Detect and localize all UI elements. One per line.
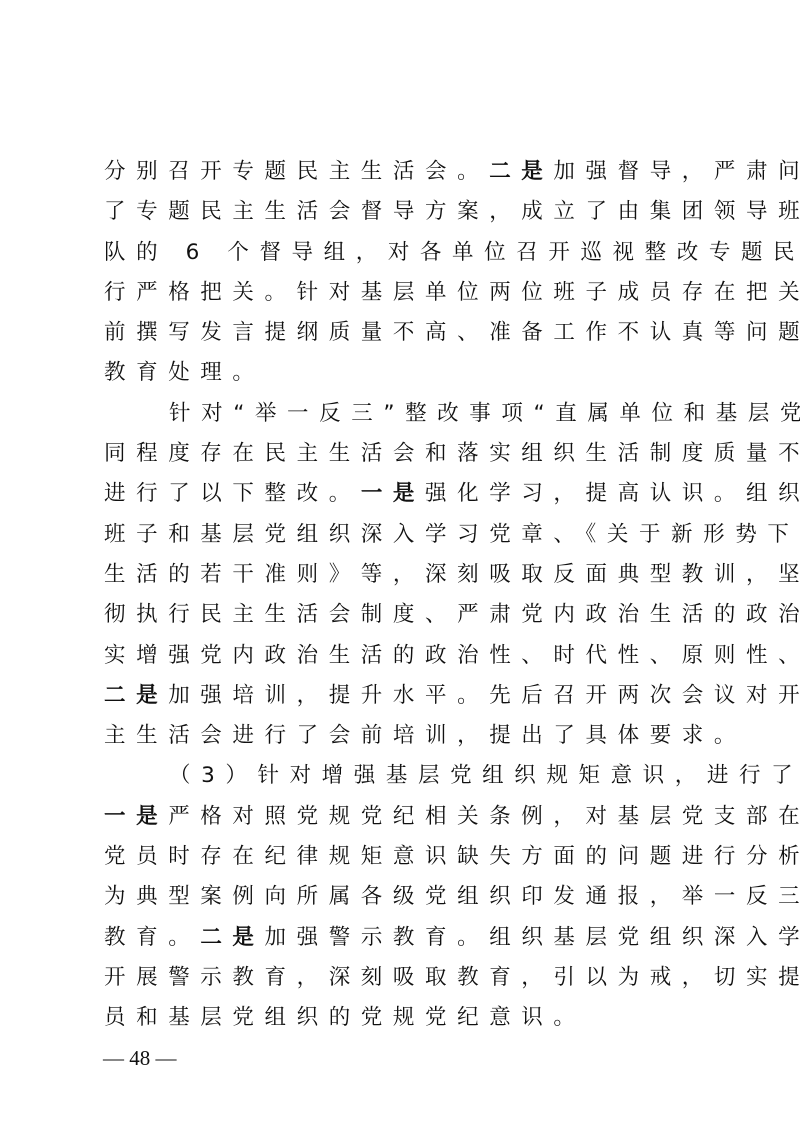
text-run: 强化学习，提高认识。组织各级领导	[425, 481, 800, 506]
text-line: 二是加强培训，提升水平。先后召开两次会议对开好专题民	[104, 676, 696, 716]
text-run: （3）针对增强基层党组织规矩意识，进行了以下整改。	[169, 763, 800, 788]
bold-marker: 二是	[489, 159, 553, 184]
text-line: 党员时存在纪律规矩意识缺失方面的问题进行分析研判，作	[104, 837, 696, 877]
text-line: 一是严格对照党规党纪相关条例，对基层党支部在处理违纪	[104, 797, 696, 837]
bold-marker: 一是	[361, 481, 425, 506]
text-run: 队的 6 个督导组，对各单位召开巡视整改专题民主生活会进	[104, 240, 800, 265]
text-line: 开展警示教育，深刻吸取教育，引以为戒，切实提升广大党	[104, 958, 696, 998]
text-run: 进行了以下整改。	[104, 481, 361, 506]
text-run: 教育。	[104, 925, 200, 950]
text-run: 加强培训，提升水平。先后召开两次会议对开好专题民	[168, 683, 800, 708]
text-run: 了专题民主生活会督导方案，成立了由集团领导班子成员带	[104, 199, 800, 224]
bold-marker: 二是	[200, 925, 264, 950]
text-run: 实增强党内政治生活的政治性、时代性、原则性、战斗性。	[104, 643, 800, 668]
text-line: 实增强党内政治生活的政治性、时代性、原则性、战斗性。	[104, 636, 696, 676]
text-line: 生活的若干准则》等，深刻吸取反面典型教训，坚决扛起贯	[104, 555, 696, 595]
text-run: 分别召开专题民主生活会。	[104, 159, 489, 184]
text-line: 为典型案例向所属各级党组织印发通报，举一反三开展警示	[104, 877, 696, 917]
text-run: 前撰写发言提纲质量不高、准备工作不认真等问题给予批评	[104, 320, 800, 345]
text-line: 主生活会进行了会前培训，提出了具体要求。	[104, 716, 696, 756]
text-line: 了专题民主生活会督导方案，成立了由集团领导班子成员带	[104, 192, 696, 232]
page-number: — 48 —	[103, 1046, 177, 1071]
text-line: 针对“举一反三”整改事项“直属单位和基层党组织不	[104, 394, 696, 434]
text-line: 教育处理。	[104, 353, 696, 393]
text-run: 彻执行民主生活会制度、严肃党内政治生活的政治责任，切	[104, 602, 800, 627]
text-run: 同程度存在民主生活会和落实组织生活制度质量不高问题”，	[104, 441, 800, 466]
bold-marker: 一是	[104, 804, 168, 829]
text-run: 加强督导，严肃问责。制定	[553, 159, 800, 184]
text-line: 同程度存在民主生活会和落实组织生活制度质量不高问题”，	[104, 434, 696, 474]
document-body: 分别召开专题民主生活会。二是加强督导，严肃问责。制定了专题民主生活会督导方案，成…	[104, 152, 696, 1039]
text-line: 员和基层党组织的党规党纪意识。	[104, 998, 696, 1038]
text-line: 前撰写发言提纲质量不高、准备工作不认真等问题给予批评	[104, 313, 696, 353]
text-run: 党员时存在纪律规矩意识缺失方面的问题进行分析研判，作	[104, 844, 800, 869]
text-run: 教育处理。	[104, 360, 265, 385]
text-run: 针对“举一反三”整改事项“直属单位和基层党组织不	[169, 401, 800, 426]
text-run: 行严格把关。针对基层单位两位班子成员存在把关不严、会	[104, 280, 800, 305]
text-run: 开展警示教育，深刻吸取教育，引以为戒，切实提升广大党	[104, 965, 800, 990]
text-run: 为典型案例向所属各级党组织印发通报，举一反三开展警示	[104, 884, 800, 909]
text-line: 分别召开专题民主生活会。二是加强督导，严肃问责。制定	[104, 152, 696, 192]
text-run: 班子和基层党组织深入学习党章、《关于新形势下党内政治	[104, 522, 800, 547]
bold-marker: 二是	[104, 683, 168, 708]
text-run: 员和基层党组织的党规党纪意识。	[104, 1005, 586, 1030]
text-line: 行严格把关。针对基层单位两位班子成员存在把关不严、会	[104, 273, 696, 313]
text-run: 生活的若干准则》等，深刻吸取反面典型教训，坚决扛起贯	[104, 562, 800, 587]
text-line: （3）针对增强基层党组织规矩意识，进行了以下整改。	[104, 756, 696, 796]
text-run: 严格对照党规党纪相关条例，对基层党支部在处理违纪	[168, 804, 800, 829]
text-run: 主生活会进行了会前培训，提出了具体要求。	[104, 723, 746, 748]
text-line: 班子和基层党组织深入学习党章、《关于新形势下党内政治	[104, 515, 696, 555]
text-run: 加强警示教育。组织基层党组织深入学习研讨，	[265, 925, 800, 950]
text-line: 进行了以下整改。一是强化学习，提高认识。组织各级领导	[104, 474, 696, 514]
text-line: 彻执行民主生活会制度、严肃党内政治生活的政治责任，切	[104, 595, 696, 635]
text-line: 教育。二是加强警示教育。组织基层党组织深入学习研讨，	[104, 918, 696, 958]
text-line: 队的 6 个督导组，对各单位召开巡视整改专题民主生活会进	[104, 233, 696, 273]
